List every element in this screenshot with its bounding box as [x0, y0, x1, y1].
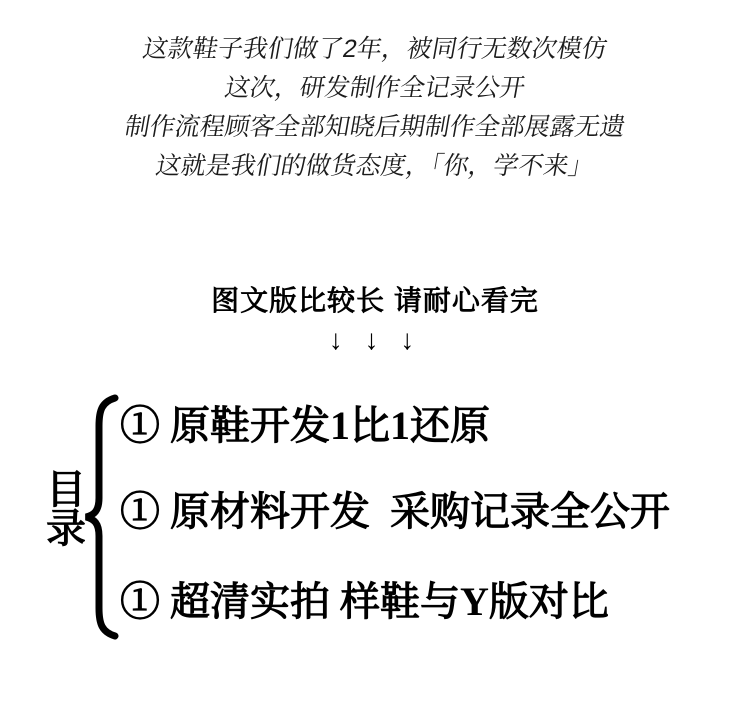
- notice-title: 图文版比较长 请耐心看完: [0, 279, 750, 319]
- intro-line-text: 这款鞋子我们做了2年，被同行无数次模仿: [140, 30, 611, 69]
- down-arrows-icon: ↓ ↓ ↓: [0, 324, 750, 356]
- intro-line-text: 制作流程顾客全部知晓后期制作全部展露无遗: [122, 108, 629, 147]
- intro-line: 制作流程顾客全部知晓后期制作全部展露无遗: [0, 108, 750, 147]
- toc-items: ① 原鞋开发1比1还原 ① 原材料开发 采购记录全公开 ① 超清实拍 样鞋与Y版…: [120, 398, 740, 633]
- intro-line-text: 这就是我们的做货态度，「你，学不来」: [153, 147, 597, 186]
- intro-text: 这款鞋子我们做了2年，被同行无数次模仿 这次，研发制作全记录公开 制作流程顾客全…: [0, 30, 750, 186]
- intro-line: 这次，研发制作全记录公开: [0, 69, 750, 108]
- intro-line: 这款鞋子我们做了2年，被同行无数次模仿: [0, 30, 750, 69]
- left-curly-brace-icon: [82, 394, 122, 640]
- toc-item: ① 原鞋开发1比1还原: [120, 398, 490, 454]
- toc-item: ① 原材料开发 采购记录全公开: [120, 484, 670, 540]
- intro-line-text: 这次，研发制作全记录公开: [222, 69, 529, 108]
- toc-label: 目录: [45, 471, 87, 549]
- page-canvas: 这款鞋子我们做了2年，被同行无数次模仿 这次，研发制作全记录公开 制作流程顾客全…: [0, 0, 750, 702]
- toc-item: ① 超清实拍 样鞋与Y版对比: [120, 574, 609, 630]
- intro-line: 这就是我们的做货态度，「你，学不来」: [0, 147, 750, 186]
